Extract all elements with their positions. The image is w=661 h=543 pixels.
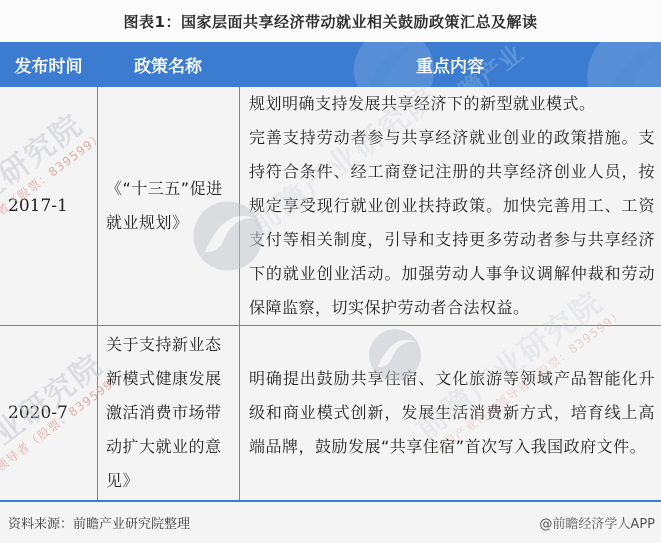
content-paragraph: 规划明确支持发展共享经济下的新型就业模式。 [249, 87, 655, 121]
cell-key-content: 规划明确支持发展共享经济下的新型就业模式。 完善支持劳动者参与共享经济就业创业的… [239, 87, 661, 325]
cell-publish-date: 2017-1 [0, 87, 97, 325]
source-note: 资料来源：前瞻产业研究院整理 [8, 513, 190, 532]
column-header-key-content: 重点内容 [239, 52, 661, 77]
table-row: 2017-1 《“十三五”促进就业规划》 规划明确支持发展共享经济下的新型就业模… [0, 87, 661, 325]
figure-policy-table: 图表1：国家层面共享经济带动就业相关鼓励政策汇总及解读 发布时间 政策名称 重点… [0, 0, 661, 543]
table-header-row: 发布时间 政策名称 重点内容 前瞻产业 [0, 42, 661, 87]
figure-footer: 资料来源：前瞻产业研究院整理 @前瞻经济学人APP [0, 502, 661, 543]
page-title: 图表1：国家层面共享经济带动就业相关鼓励政策汇总及解读 [124, 11, 538, 32]
watermark-credit: @前瞻经济学人APP [539, 513, 655, 532]
cell-policy-name: 关于支持新业态新模式健康发展激活消费市场带动扩大就业的意见》 [97, 326, 239, 500]
title-band: 图表1：国家层面共享经济带动就业相关鼓励政策汇总及解读 [0, 0, 661, 42]
column-header-publish-date: 发布时间 [0, 52, 97, 77]
cell-policy-name: 《“十三五”促进就业规划》 [97, 87, 239, 325]
content-paragraph: 完善支持劳动者参与共享经济就业创业的政策措施。支持符合条件、经工商登记注册的共享… [249, 121, 655, 325]
content-paragraph: 明确提出鼓励共享住宿、文化旅游等领域产品智能化升级和商业模式创新，发展生活消费新… [249, 362, 655, 464]
cell-key-content: 明确提出鼓励共享住宿、文化旅游等领域产品智能化升级和商业模式创新，发展生活消费新… [239, 326, 661, 500]
cell-publish-date: 2020-7 [0, 326, 97, 500]
table-row: 2020-7 关于支持新业态新模式健康发展激活消费市场带动扩大就业的意见》 明确… [0, 325, 661, 500]
column-header-policy-name: 政策名称 [97, 52, 239, 77]
